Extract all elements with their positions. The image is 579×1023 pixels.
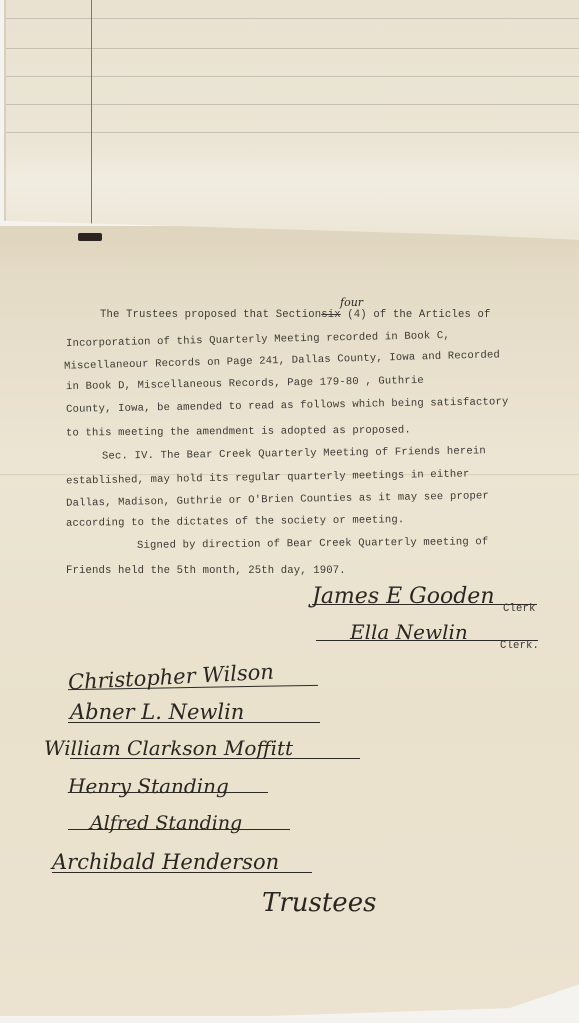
para1-line1: The Trustees proposed that Sectionsix (4… bbox=[100, 309, 490, 321]
para2-line3: Dallas, Madison, Guthrie or O'Brien Coun… bbox=[66, 490, 489, 509]
clerk-signature-1: James E Gooden bbox=[312, 584, 495, 609]
para1-line6: to this meeting the amendment is adopted… bbox=[66, 424, 411, 439]
struck-text: six bbox=[321, 309, 341, 321]
text: The Trustees proposed that Section bbox=[100, 309, 321, 321]
clerk-title-2: Clerk. bbox=[500, 640, 539, 652]
handwritten-insert: four bbox=[340, 296, 363, 309]
trustees-label: Trustees bbox=[262, 888, 376, 918]
para2-line2: established, may hold its regular quarte… bbox=[66, 468, 470, 487]
document-content: The Trustees proposed that Sectionsix (4… bbox=[0, 0, 579, 1023]
text: of the Articles of bbox=[373, 309, 490, 321]
para1-line2: Incorporation of this Quarterly Meeting … bbox=[66, 330, 450, 350]
signature-line bbox=[68, 792, 268, 793]
signature-line bbox=[52, 872, 312, 873]
signature-line bbox=[70, 758, 360, 759]
para1-line4: in Book D, Miscellaneous Records, Page 1… bbox=[66, 375, 424, 393]
trustee-signature-2: Abner L. Newlin bbox=[70, 700, 244, 724]
trustee-signature-3: William Clarkson Moffitt bbox=[44, 736, 293, 760]
signature-line bbox=[68, 722, 320, 723]
trustee-signature-6: Archibald Henderson bbox=[52, 850, 279, 874]
para1-line3: Miscellaneour Records on Page 241, Dalla… bbox=[64, 349, 500, 372]
para3-line1: Signed by direction of Bear Creek Quarte… bbox=[137, 536, 489, 552]
section-number: (4) bbox=[347, 309, 367, 321]
trustee-signature-4: Henry Standing bbox=[68, 774, 229, 798]
para2-line4: according to the dictates of the society… bbox=[66, 514, 404, 530]
para2-line1: Sec. IV. The Bear Creek Quarterly Meetin… bbox=[102, 445, 486, 462]
para1-line5: County, Iowa, be amended to read as foll… bbox=[66, 396, 509, 416]
trustee-signature-5: Alfred Standing bbox=[90, 812, 242, 834]
para3-line2: Friends held the 5th month, 25th day, 19… bbox=[66, 565, 346, 577]
clerk-title-1: Clerk bbox=[503, 603, 536, 615]
signature-line bbox=[68, 829, 290, 830]
